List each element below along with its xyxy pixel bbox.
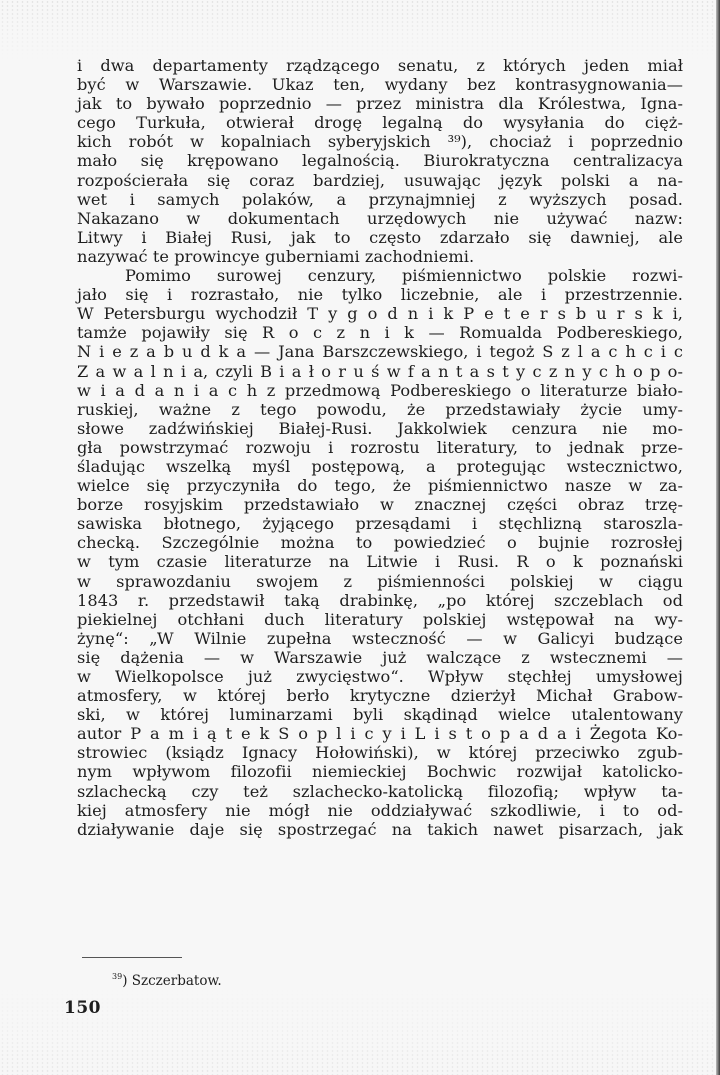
footnote-marker: 39 xyxy=(112,972,122,981)
text-line: tamże pojawiły się R o c z n i k — Romua… xyxy=(77,323,683,342)
text-line: jak to bywało poprzednio — przez ministr… xyxy=(77,94,683,113)
text-line: borze rosyjskim przedstawiało w znacznej… xyxy=(77,495,683,514)
text-line: wielce się przyczyniła do tego, że piśmi… xyxy=(77,476,683,495)
text-line: słowe zadźwińskiej Białej-Rusi. Jakkolwi… xyxy=(77,419,683,438)
text-line: 1843 r. przedstawił taką drabinkę, „po k… xyxy=(77,591,683,610)
text-line: W Petersburgu wychodził T y g o d n i k … xyxy=(77,304,683,323)
scan-noise-bottom xyxy=(0,985,720,1075)
footnote: 39) Szczerbatow. xyxy=(112,969,222,989)
footnote-separator xyxy=(82,957,182,958)
text-line: mało się krępowano legalnością. Biurokra… xyxy=(77,151,683,170)
text-line: ruskiej, ważne z tego powodu, że przedst… xyxy=(77,400,683,419)
text-line: Pomimo surowej cenzury, piśmiennictwo po… xyxy=(77,266,683,285)
text-line: autor P a m i ą t e k S o p l i c y i L … xyxy=(77,724,683,743)
text-line: cego Turkuła, otwierał drogę legalną do … xyxy=(77,113,683,132)
text-line: piekielnej otchłani duch literatury pols… xyxy=(77,610,683,629)
footnote-text: ) Szczerbatow. xyxy=(122,973,222,989)
text-line: działywanie daje się spostrzegać na taki… xyxy=(77,820,683,839)
scanned-book-page: i dwa departamenty rządzącego senatu, z … xyxy=(0,0,720,1075)
text-line: i dwa departamenty rządzącego senatu, z … xyxy=(77,56,683,75)
text-line: gła powstrzymać rozwoju i rozrostu liter… xyxy=(77,438,683,457)
text-line: szlachecką czy też szlachecko-katolicką … xyxy=(77,782,683,801)
text-line: checką. Szczególnie można to powiedzieć … xyxy=(77,533,683,552)
text-line: jało się i rozrastało, nie tylko liczebn… xyxy=(77,285,683,304)
text-line: strowiec (ksiądz Ignacy Hołowiński), w k… xyxy=(77,743,683,762)
text-line: kiej atmosfery nie mógł nie oddziaływać … xyxy=(77,801,683,820)
body-text: i dwa departamenty rządzącego senatu, z … xyxy=(77,56,683,839)
text-line: ski, w której luminarzami byli skądinąd … xyxy=(77,705,683,724)
text-line: żynę“: „W Wilnie zupełna wsteczność — w … xyxy=(77,629,683,648)
text-line: się dążenia — w Warszawie już walczące z… xyxy=(77,648,683,667)
text-line: wet i samych polaków, a przynajmniej z w… xyxy=(77,190,683,209)
text-line: sawiska błotnego, żyjącego przesądami i … xyxy=(77,514,683,533)
text-line: kich robót w kopalniach syberyjskich ³⁹)… xyxy=(77,132,683,151)
text-line: nym wpływom filozofii niemieckiej Bochwi… xyxy=(77,762,683,781)
text-line: być w Warszawie. Ukaz ten, wydany bez ko… xyxy=(77,75,683,94)
text-line: atmosfery, w której berło krytyczne dzie… xyxy=(77,686,683,705)
page-number: 150 xyxy=(64,998,101,1018)
scan-noise-top xyxy=(0,0,720,60)
text-line: w Wielkopolsce już zwycięstwo“. Wpływ st… xyxy=(77,667,683,686)
text-line: Nakazano w dokumentach urzędowych nie uż… xyxy=(77,209,683,228)
text-line: w sprawozdaniu swojem z piśmienności pol… xyxy=(77,572,683,591)
text-line: w tym czasie literaturze na Litwie i Rus… xyxy=(77,552,683,571)
text-line: w i a d a n i a c h z przedmową Podberes… xyxy=(77,381,683,400)
page-edge-shadow xyxy=(716,0,720,1075)
text-line: śladując wszelką myśl postępową, a prote… xyxy=(77,457,683,476)
text-line: N i e z a b u d k a — Jana Barszczewskie… xyxy=(77,342,683,361)
text-line: Z a w a l n i a, czyli B i a ł o r u ś w… xyxy=(77,362,683,381)
text-line: rozpościerała się coraz bardziej, usuwaj… xyxy=(77,171,683,190)
text-line: nazywać te prowincye guberniami zachodni… xyxy=(77,247,683,266)
text-line: Litwy i Białej Rusi, jak to często zdarz… xyxy=(77,228,683,247)
